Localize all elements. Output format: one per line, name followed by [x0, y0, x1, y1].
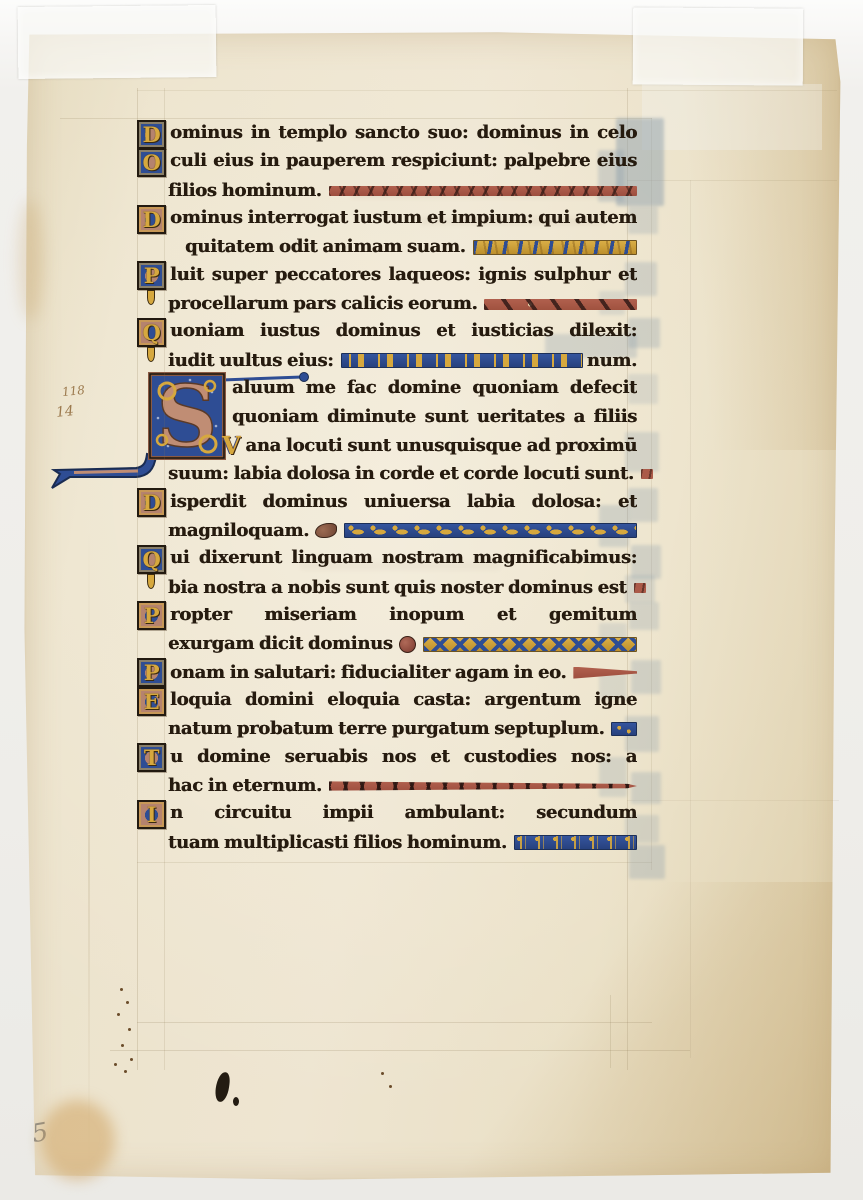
- text-line: Tu domine seruabis nos et custodies nos:…: [137, 744, 637, 772]
- line-filler-blue-birds: [344, 523, 637, 538]
- ruling-line-vertical: [164, 88, 165, 1070]
- ruling-line-vertical: [690, 180, 691, 1058]
- leaf-ornament: [315, 523, 337, 538]
- script-text: ropter miseriam inopum et gemitum pauper…: [170, 602, 637, 630]
- text-line: Ponam in salutari: fiducialiter agam in …: [137, 659, 637, 687]
- script-text: natum probatum terre purgatum septuplum.: [168, 716, 604, 742]
- script-text: hac in eternum.: [168, 773, 322, 799]
- script-text: suum: labia dolosa in corde et corde loc…: [168, 461, 634, 487]
- initial-letter: D: [143, 492, 161, 513]
- line-filler-blue-vine: [514, 835, 637, 850]
- ink-speck: [114, 1063, 117, 1066]
- script-text: aluum me fac domine quoniam defecit sanc…: [232, 375, 637, 403]
- script-text: ominus in templo sancto suo: dominus in …: [170, 120, 637, 148]
- ink-speck: [117, 1013, 120, 1016]
- script-text: tuam multiplicasti filios hominum.: [168, 830, 507, 856]
- illuminated-initial-i: I: [137, 800, 166, 829]
- illuminated-initial-o: O: [137, 148, 166, 177]
- initial-letter: E: [144, 691, 160, 712]
- ink-speck: [389, 1085, 392, 1088]
- line-filler-blue-gold-small: [611, 722, 637, 736]
- text-line: Dominus in templo sancto suo: dominus in…: [137, 120, 637, 148]
- ink-speck: [381, 1072, 384, 1075]
- text-line: Eloquia domini eloquia casta: argentum i…: [137, 687, 637, 715]
- stain-bottom-right: [422, 882, 842, 1182]
- ruling-line-horizontal: [137, 90, 837, 91]
- script-text: luit super peccatores laqueos: ignis sul…: [170, 262, 637, 290]
- marginal-annotation-top: 118: [61, 383, 85, 399]
- script-text: n circuitu impii ambulant: secundum alti…: [170, 800, 637, 828]
- text-line: suum: labia dolosa in corde et corde loc…: [168, 460, 637, 488]
- script-text: procellarum pars calicis eorum.: [168, 291, 477, 317]
- script-text: uoniam iustus dominus et iusticias dilex…: [170, 318, 637, 346]
- script-text: quitatem odit animam suam.: [185, 234, 466, 260]
- text-line: iudit uultus eius:num.: [168, 347, 637, 375]
- initial-letter: Q: [143, 549, 161, 570]
- marginal-annotation-bottom: 14: [55, 403, 74, 421]
- line-filler-blue-diamond: [341, 353, 583, 368]
- line-filler-red-small: [634, 583, 646, 593]
- text-line: bia nostra a nobis sunt quis noster domi…: [168, 574, 637, 602]
- script-text: culi eius in pauperem respiciunt: palpeb…: [170, 148, 637, 176]
- script-text: bia nostra a nobis sunt quis noster domi…: [168, 575, 627, 601]
- ink-speck: [124, 1070, 127, 1073]
- ruling-line-vertical: [137, 88, 138, 1070]
- initial-letter: D: [143, 209, 161, 230]
- text-line: Disperdit dominus uniuersa labia dolosa:…: [137, 489, 637, 517]
- line-filler-gold-chevron: [423, 637, 637, 652]
- illuminated-initial-q: Q: [137, 545, 166, 574]
- text-line: filios hominum.: [168, 177, 637, 205]
- text-line: Quoniam iustus dominus et iusticias dile…: [137, 318, 637, 346]
- script-text: u domine seruabis nos et custodies nos: …: [170, 744, 637, 772]
- mounting-tape-top-right: [633, 7, 804, 85]
- line-filler-red-small: [641, 469, 653, 479]
- ink-spot: [233, 1097, 239, 1106]
- initial-letter: P: [144, 662, 160, 683]
- script-text: iudit uultus eius:: [168, 348, 334, 374]
- illuminated-initial-e: E: [137, 687, 166, 716]
- line-tail-text: num.: [587, 348, 637, 374]
- ink-speck: [120, 988, 123, 991]
- line-filler-red-zigzag: [329, 186, 637, 196]
- illuminated-initial-d: D: [137, 488, 166, 517]
- script-text: isperdit dominus uniuersa labia dolosa: …: [170, 489, 637, 517]
- script-text: quoniam diminute sunt ueritates a filiis…: [232, 404, 637, 432]
- initial-letter: T: [144, 747, 159, 768]
- ink-speck: [121, 1044, 124, 1047]
- text-line: quoniam diminute sunt ueritates a filiis…: [232, 404, 637, 432]
- illuminated-initial-d: D: [137, 120, 166, 149]
- script-text: magniloquam.: [168, 518, 309, 544]
- initial-letter: I: [147, 804, 157, 825]
- ink-speck: [130, 1058, 133, 1061]
- illuminated-initial-p: P: [137, 261, 166, 290]
- text-line: quitatem odit animam suam.: [185, 233, 637, 261]
- initial-letter: P: [144, 265, 160, 286]
- text-line: Vana locuti sunt unusquisque ad proximū: [222, 432, 637, 460]
- text-line: In circuitu impii ambulant: secundum alt…: [137, 800, 637, 828]
- gold-initial-v: V: [222, 433, 240, 459]
- initial-letter: D: [143, 124, 161, 145]
- script-text: filios hominum.: [168, 178, 322, 204]
- illuminated-initial-p: P: [137, 601, 166, 630]
- ruling-line-horizontal: [110, 1050, 690, 1051]
- text-line: aluum me fac domine quoniam defecit sanc…: [232, 375, 637, 403]
- text-line: Qui dixerunt linguam nostram magnificabi…: [137, 545, 637, 573]
- text-line: magniloquam.: [168, 517, 637, 545]
- text-line: hac in eternum.: [168, 772, 637, 800]
- illuminated-initial-d: D: [137, 205, 166, 234]
- ink-speck: [128, 1028, 131, 1031]
- stain-left-edge: [18, 200, 44, 320]
- initial-letter: Q: [143, 322, 161, 343]
- text-line: tuam multiplicasti filios hominum.: [168, 829, 637, 857]
- text-line: Dominus interrogat iustum et impium: qui…: [137, 205, 637, 233]
- line-filler-red-diag: [484, 299, 637, 310]
- ink-speck: [126, 1001, 129, 1004]
- script-text: loquia domini eloquia casta: argentum ig…: [170, 687, 637, 715]
- initial-letter: P: [144, 605, 160, 626]
- illuminated-initial-t: T: [137, 743, 166, 772]
- script-text: ana locuti sunt unusquisque ad proximū: [245, 433, 637, 459]
- script-text: ui dixerunt linguam nostram magnificabim…: [170, 545, 637, 573]
- mounting-tape-top-left: [18, 5, 217, 79]
- text-line: procellarum pars calicis eorum.: [168, 290, 637, 318]
- photograph-background: S 118 14 5 Dominus in templo sancto suo:…: [0, 0, 863, 1200]
- line-filler-red-arrow: [329, 781, 637, 792]
- parchment-crease: [88, 530, 90, 1170]
- text-line: Propter miseriam inopum et gemitum paupe…: [137, 602, 637, 630]
- ball-ornament: [399, 636, 416, 653]
- ruling-line-horizontal: [137, 862, 652, 863]
- text-line: Pluit super peccatores laqueos: ignis su…: [137, 262, 637, 290]
- illuminated-initial-q: Q: [137, 318, 166, 347]
- script-text: ominus interrogat iustum et impium: qui …: [170, 205, 637, 233]
- mounting-tape-top-right-under: [642, 84, 822, 150]
- initial-letter: O: [143, 152, 161, 173]
- script-text: exurgam dicit dominus: [168, 631, 393, 657]
- script-text: onam in salutari: fiducialiter agam in e…: [170, 660, 566, 686]
- line-filler-red-taper: [573, 667, 637, 679]
- ruling-line-horizontal: [137, 1022, 652, 1023]
- line-filler-gold-wave: [473, 240, 637, 255]
- text-line: natum probatum terre purgatum septuplum.: [168, 715, 637, 743]
- stain-bottom-left: [40, 1100, 115, 1180]
- text-line: exurgam dicit dominus: [168, 630, 637, 658]
- illuminated-initial-p: P: [137, 658, 166, 687]
- text-line: Oculi eius in pauperem respiciunt: palpe…: [137, 148, 637, 176]
- ruling-line-vertical: [610, 995, 611, 1068]
